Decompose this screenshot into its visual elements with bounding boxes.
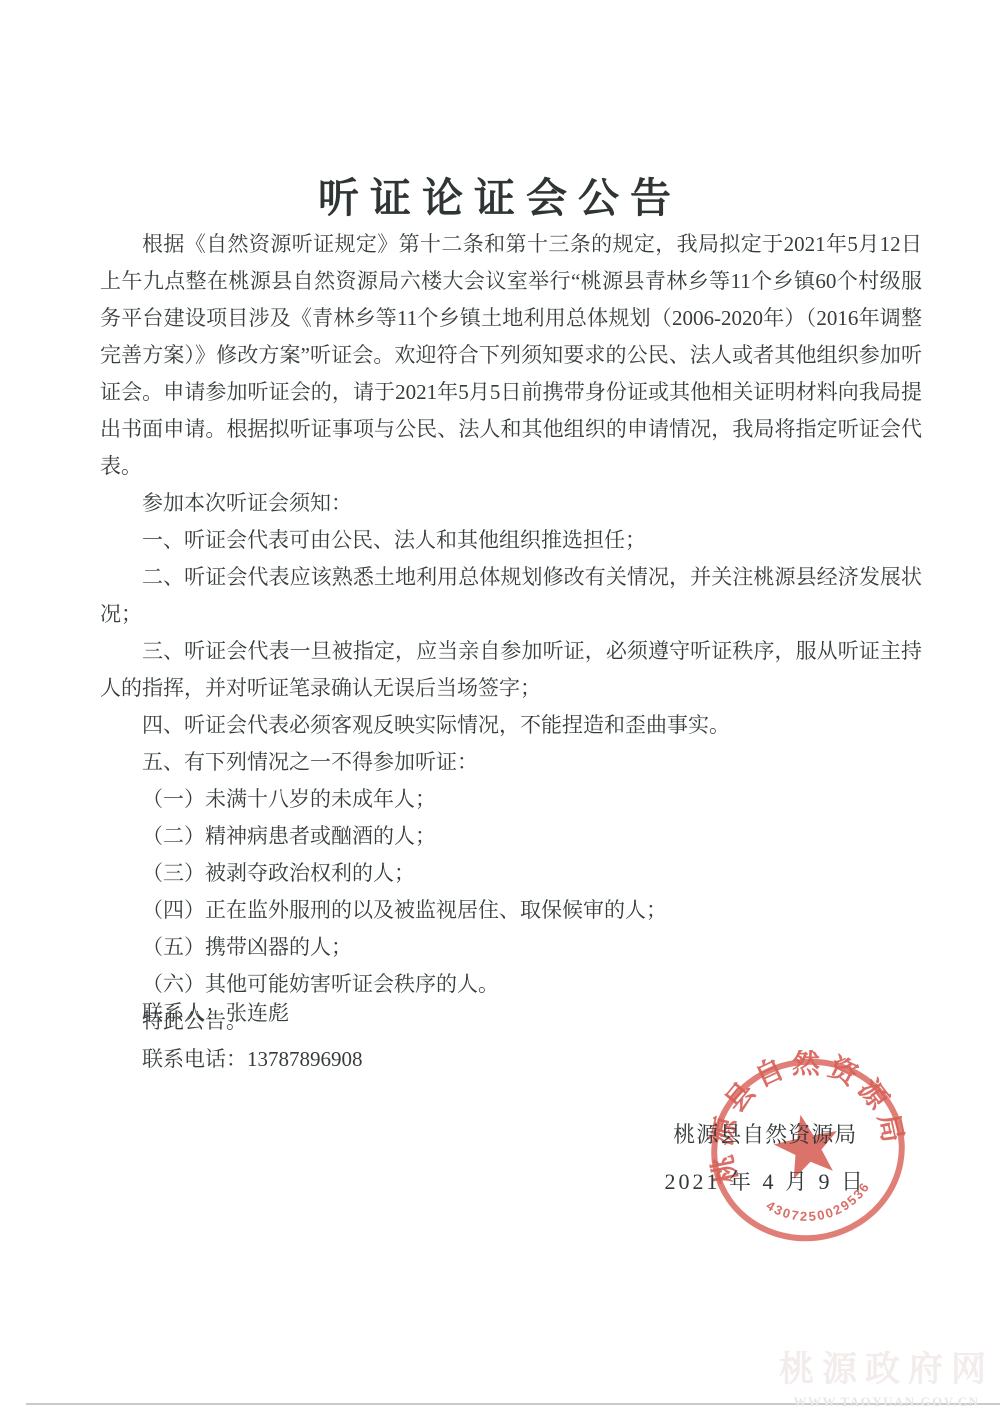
list-item-4: 四、听证会代表必须客观反映实际情况，不能捏造和歪曲事实。 bbox=[100, 707, 922, 744]
sub-item-2: （二）精神病患者或酗酒的人； bbox=[100, 818, 922, 855]
sub-item-4: （四）正在监外服刑的以及被监视居住、取保候审的人； bbox=[100, 892, 922, 929]
list-item-2: 二、听证会代表应该熟悉土地利用总体规划修改有关情况，并关注桃源县经济发展状况； bbox=[100, 559, 922, 633]
page-title: 听证论证会公告 bbox=[0, 165, 1000, 224]
sub-item-5: （五）携带凶器的人； bbox=[100, 929, 922, 966]
signature-org: 桃源县自然资源局 bbox=[664, 1118, 866, 1149]
paragraph-notice-heading: 参加本次听证会须知： bbox=[100, 485, 922, 522]
list-item-1: 一、听证会代表可由公民、法人和其他组织推选担任； bbox=[100, 522, 922, 559]
contact-phone: 联系电话：13787896908 bbox=[100, 1036, 363, 1082]
site-watermark: 桃源政府网 WWW.TAOYUAN.GOV.CN bbox=[779, 1342, 994, 1410]
paragraph-intro: 根据《自然资源听证规定》第十二条和第十三条的规定，我局拟定于2021年5月12日… bbox=[100, 226, 922, 485]
list-item-5: 五、有下列情况之一不得参加听证： bbox=[100, 744, 922, 781]
contact-block: 联系人：张连彪 联系电话：13787896908 bbox=[100, 990, 363, 1082]
list-item-3: 三、听证会代表一旦被指定，应当亲自参加听证，必须遵守听证秩序，服从听证主持人的指… bbox=[100, 633, 922, 707]
sub-item-1: （一）未满十八岁的未成年人； bbox=[100, 781, 922, 818]
watermark-site-url: WWW.TAOYUAN.GOV.CN bbox=[779, 1394, 994, 1410]
document-page: 听证论证会公告 根据《自然资源听证规定》第十二条和第十三条的规定，我局拟定于20… bbox=[0, 0, 1000, 1414]
announcement-body: 根据《自然资源听证规定》第十二条和第十三条的规定，我局拟定于2021年5月12日… bbox=[100, 226, 922, 1040]
signature-date: 2021 年 4 月 9 日 bbox=[664, 1165, 866, 1196]
sub-item-3: （三）被剥夺政治权利的人； bbox=[100, 855, 922, 892]
signature-block: 桃源县自然资源局 2021 年 4 月 9 日 bbox=[664, 1118, 866, 1196]
watermark-site-name: 桃源政府网 bbox=[779, 1342, 994, 1392]
contact-person: 联系人：张连彪 bbox=[100, 990, 363, 1036]
